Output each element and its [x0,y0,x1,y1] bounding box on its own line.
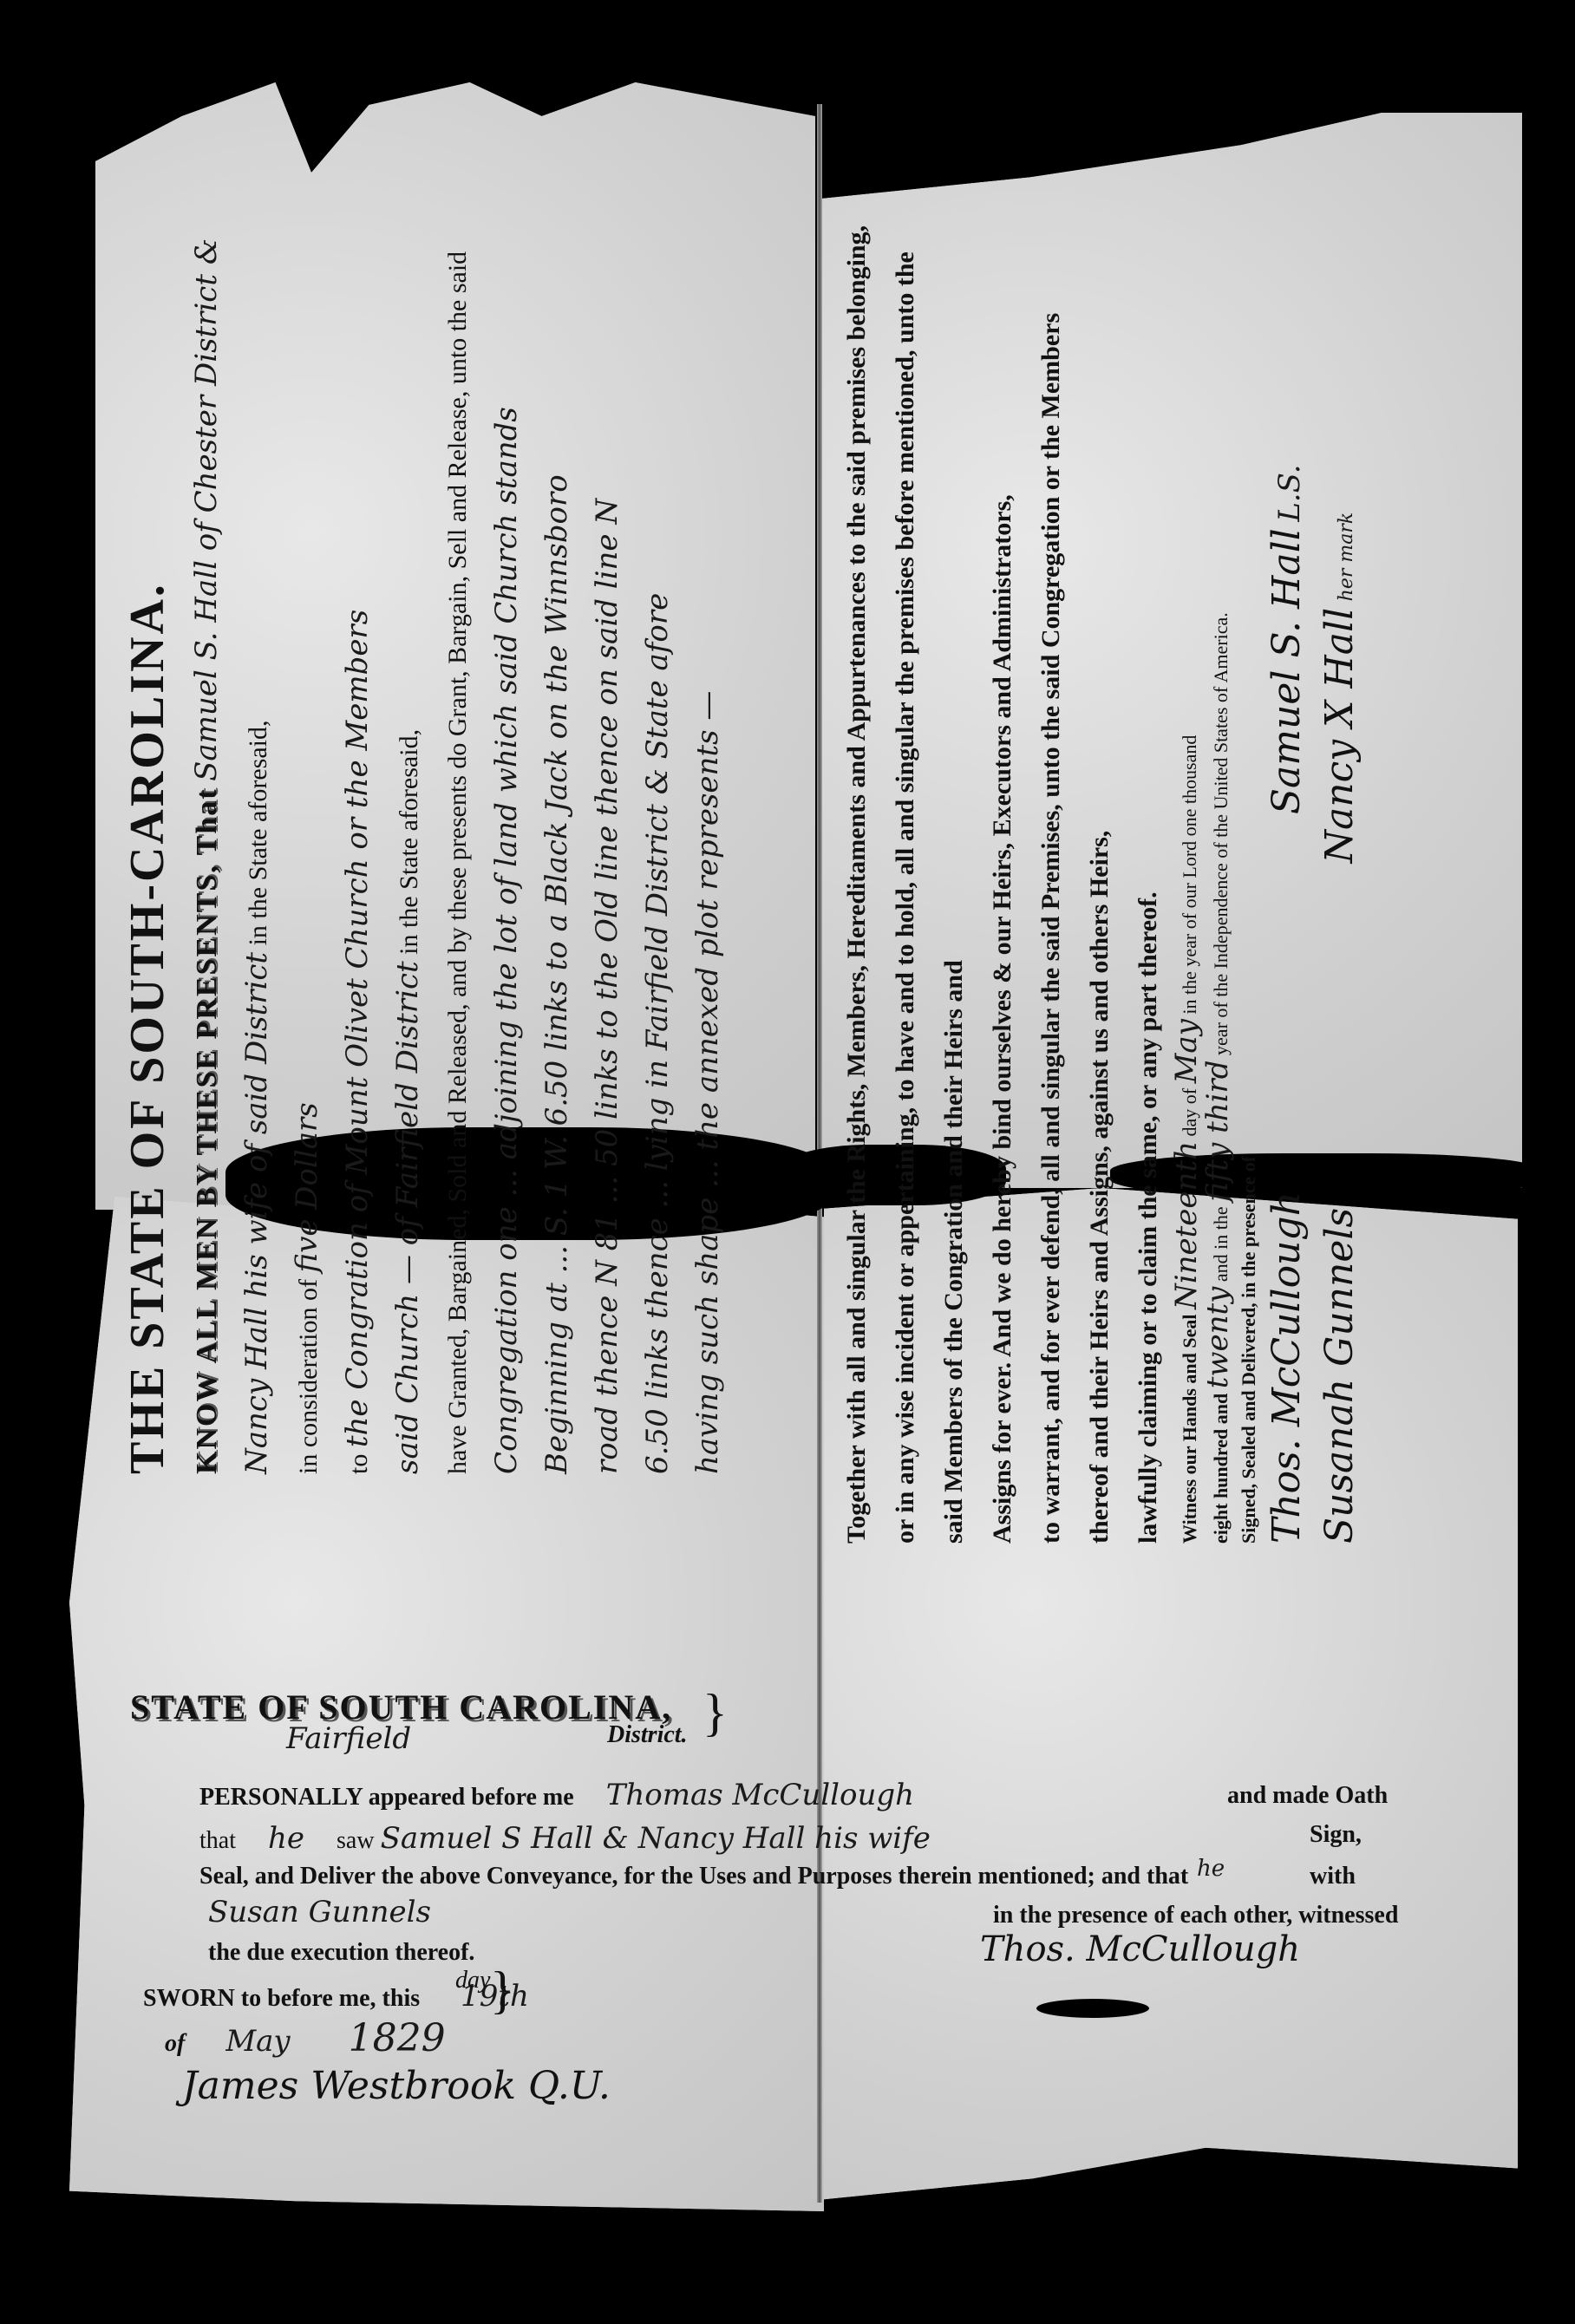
habendum-4: Assigns for ever. And we do hereby bind … [978,225,1027,1544]
that-label: that [199,1827,236,1854]
personally-appeared: PERSONALLY appeared before me [199,1784,574,1811]
state-aforesaid-2: in the State aforesaid, [395,729,423,955]
grantor-name: Samuel S. Hall of Chester District & [189,238,224,781]
habendum-5: to warrant, and for ever defend, all and… [1027,225,1075,1544]
witness-signature-2: Susanah Gunnels [1317,1208,1362,1544]
consideration-amount: five Dollars [290,1102,324,1272]
consideration-label: in consideration of [294,1279,323,1474]
grantor-wife: Nancy Hall his wife of said District [239,952,274,1474]
made-oath: and made Oath [1227,1782,1388,1810]
he-written: he [268,1821,304,1856]
brace-icon-2: } [490,1964,515,2016]
description-3: road thence N 81 ... 50 links to the Old… [590,499,624,1474]
day-of-label: day of [1179,1088,1200,1137]
independence-text: year of the Independence of the United S… [1210,612,1232,1055]
ink-blot [1036,1999,1149,2018]
description-4: 6.50 links thence ... lying in Fairfield… [640,593,675,1474]
description-5: having such shape ... the annexed plot r… [690,691,725,1474]
grantor-signature-1: Samuel S. Hall [1265,528,1309,814]
with-label: with [1310,1863,1356,1890]
to-label: to [344,1454,373,1474]
grantors-written: Samuel S Hall & Nancy Hall his wife [381,1821,931,1856]
affidavit-district: Fairfield [286,1721,411,1756]
brace-icon: } [703,1687,728,1739]
affidavit-line-1: PERSONALLY appeared before me Thomas McC… [199,1778,914,1812]
magistrate-signature: James Westbrook Q.U. [182,2064,611,2108]
description-2: Beginning at ... S. 1 W. 6.50 links to a… [539,474,574,1474]
witness-hands: Witness our Hands and Seal [1179,1315,1200,1544]
year-of-lord: in the year of our Lord one thousand [1179,735,1200,1015]
sworn-label: SWORN to before me, this [143,1985,420,2012]
sworn-month: May [225,2024,290,2059]
deed-block-right: Together with all and singular the Right… [833,225,1369,1544]
know-all-men: KNOW ALL MEN BY THESE PRESENTS, That [191,787,223,1474]
presence-label: in the presence of each other, witnessed [993,1902,1398,1929]
independence-year: fifty third [1200,1060,1235,1201]
day-label: day [455,1967,490,1994]
deed-block-left: THE STATE OF SOUTH-CAROLINA. KNOW ALL ME… [113,238,734,1474]
witness-day: Nineteenth [1169,1141,1204,1309]
deponent-signature: Thos. McCullough [980,1929,1300,1969]
habendum-1: Together with all and singular the Right… [833,225,881,1544]
grantee: the Congration of Mount Olivet Church or… [340,610,375,1447]
habendum-2: or in any wise incident or appertaining,… [881,225,930,1544]
witness-signature-1: Thos. McCullough [1265,1191,1309,1544]
habendum-3: said Members of the Congration and their… [930,225,978,1544]
grant-clause: have Granted, Bargained, Sold and Releas… [443,251,472,1474]
seal-mark: L.S. [1272,464,1307,521]
signed-sealed-label: Signed, Sealed and Delivered, in the pre… [1235,225,1263,1544]
grantee-district: said Church — of Fairfield District [390,961,425,1474]
eight-hundred: eight hundred and [1210,1394,1232,1544]
witness-year: twenty [1200,1287,1235,1389]
affidavit-line-2: that he saw Samuel S Hall & Nancy Hall h… [199,1821,931,1856]
deponent-name: Thomas McCullough [606,1778,914,1812]
saw-label: saw [337,1827,375,1854]
of-label: of [165,2030,185,2057]
sworn-year: 1829 [349,2016,446,2060]
grantor-signature-2: Nancy X Hall [1317,608,1362,864]
sworn-month-line: of May 1829 [165,2016,446,2060]
due-execution: the due execution thereof. [208,1939,474,1967]
her-mark: her mark [1336,512,1357,602]
witness-written: Susan Gunnels [208,1895,431,1929]
description-1: Congregation one ... adjoining the lot o… [489,407,524,1474]
he-written-2: he [1197,1856,1225,1882]
deed-title: THE STATE OF SOUTH-CAROLINA. [113,238,182,1474]
sign-label: Sign, [1310,1821,1362,1849]
district-label: District. [607,1721,688,1749]
witness-month: May [1169,1019,1204,1083]
and-in-the: and in the [1210,1206,1232,1282]
affidavit-line-3: Seal, and Deliver the above Conveyance, … [199,1863,1188,1890]
state-aforesaid: in the State aforesaid, [244,721,272,946]
habendum-7: lawfully claiming or to claim the same, … [1124,225,1173,1544]
habendum-6: thereof and their Heirs and Assigns, aga… [1075,225,1124,1544]
